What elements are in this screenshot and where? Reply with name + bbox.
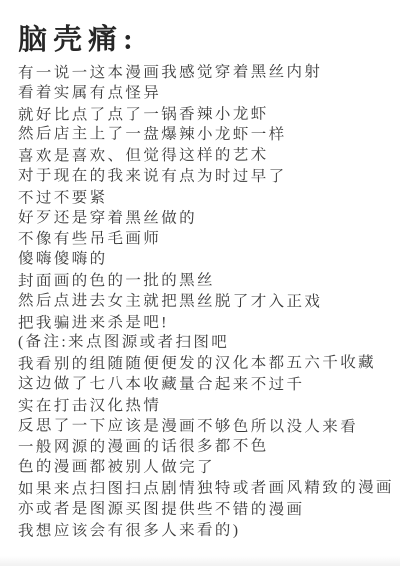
note-line: 我看别的组随随便便发的汉化本都五六千收藏 bbox=[18, 353, 394, 375]
note-line: 不过不要紧 bbox=[18, 187, 394, 209]
note-body: 有一说一这本漫画我感觉穿着黑丝内射 看着实属有点怪异 就好比点了点了一锅香辣小龙… bbox=[18, 63, 394, 541]
note-line: 有一说一这本漫画我感觉穿着黑丝内射 bbox=[18, 62, 394, 84]
note-line: 实在打击汉化热情 bbox=[18, 395, 394, 417]
handwritten-note: 脑壳痛: 有一说一这本漫画我感觉穿着黑丝内射 看着实属有点怪异 就好比点了点了一… bbox=[0, 0, 400, 541]
note-line: 封面画的色的一批的黑丝 bbox=[18, 270, 394, 292]
note-line: 傻嗨傻嗨的 bbox=[18, 250, 394, 272]
scan-artifact-band bbox=[0, 556, 400, 566]
note-line: 如果来点扫图扫点剧情独特或者画风精致的漫画 bbox=[18, 478, 394, 500]
note-line: 然后店主上了一盘爆辣小龙虾一样 bbox=[18, 125, 394, 147]
note-line: 我想应该会有很多人来看的) bbox=[18, 520, 394, 542]
note-line: 就好比点了点了一锅香辣小龙虾 bbox=[18, 104, 394, 126]
note-line: 喜欢是喜欢、但觉得这样的艺术 bbox=[18, 145, 394, 167]
note-line: (备注:来点图源或者扫图吧 bbox=[18, 333, 394, 355]
note-line: 这边做了七八本收藏量合起来不过千 bbox=[18, 374, 394, 396]
note-line: 一般网源的漫画的话很多都不色 bbox=[18, 437, 394, 459]
note-line: 对于现在的我来说有点为时过早了 bbox=[18, 166, 394, 188]
note-line: 看着实属有点怪异 bbox=[18, 83, 394, 105]
note-line: 然后点进去女主就把黑丝脱了才入正戏 bbox=[18, 291, 394, 313]
note-line: 不像有些吊毛画师 bbox=[18, 229, 394, 251]
note-title: 脑壳痛: bbox=[18, 15, 394, 59]
note-line: 亦或者是图源买图提供些不错的漫画 bbox=[18, 499, 394, 521]
note-line: 把我骗进来杀是吧! bbox=[18, 312, 394, 334]
note-line: 反思了一下应该是漫画不够色所以没人来看 bbox=[18, 416, 394, 438]
note-line: 好歹还是穿着黑丝做的 bbox=[18, 208, 394, 230]
note-line: 色的漫画都被别人做完了 bbox=[18, 457, 394, 479]
